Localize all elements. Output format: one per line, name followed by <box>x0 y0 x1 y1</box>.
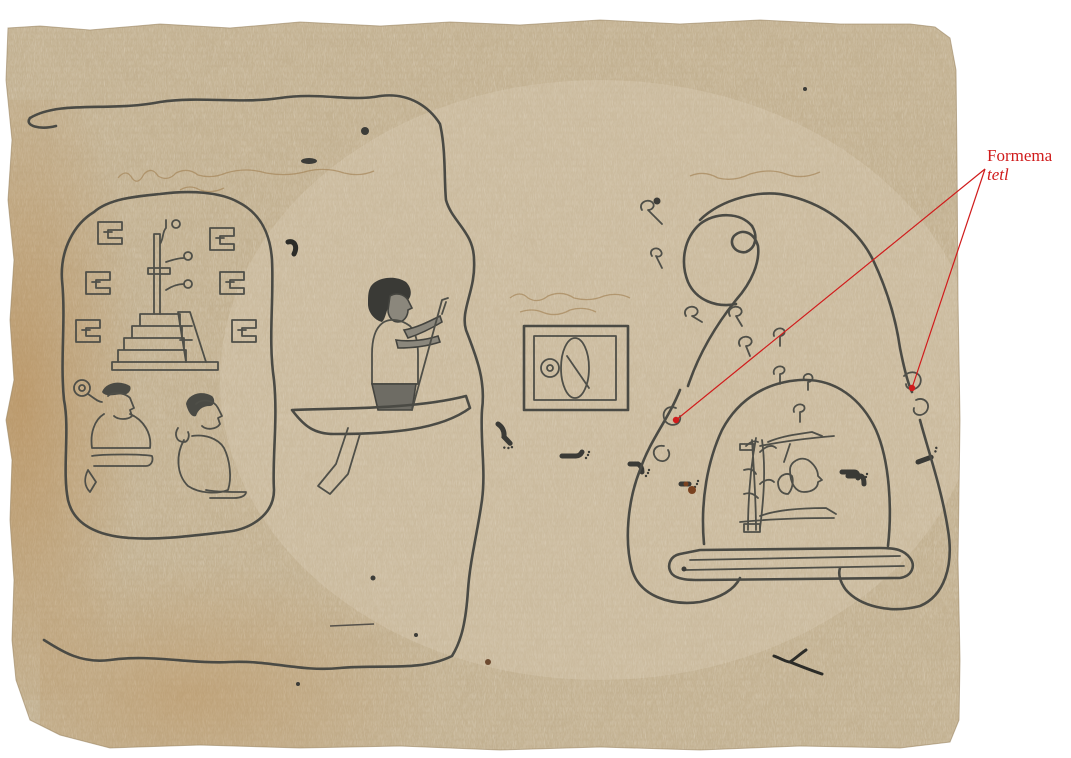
annotation-title: Formema <box>987 146 1052 165</box>
paper-sheet <box>0 0 1071 758</box>
annotation-label: Formema tetl <box>987 146 1052 184</box>
annotation-marker-right <box>909 385 915 391</box>
codex-page: Formema tetl <box>0 0 1071 758</box>
annotation-marker-left <box>673 417 679 423</box>
annotation-subtitle: tetl <box>987 165 1052 184</box>
codex-illustration <box>0 0 1071 758</box>
